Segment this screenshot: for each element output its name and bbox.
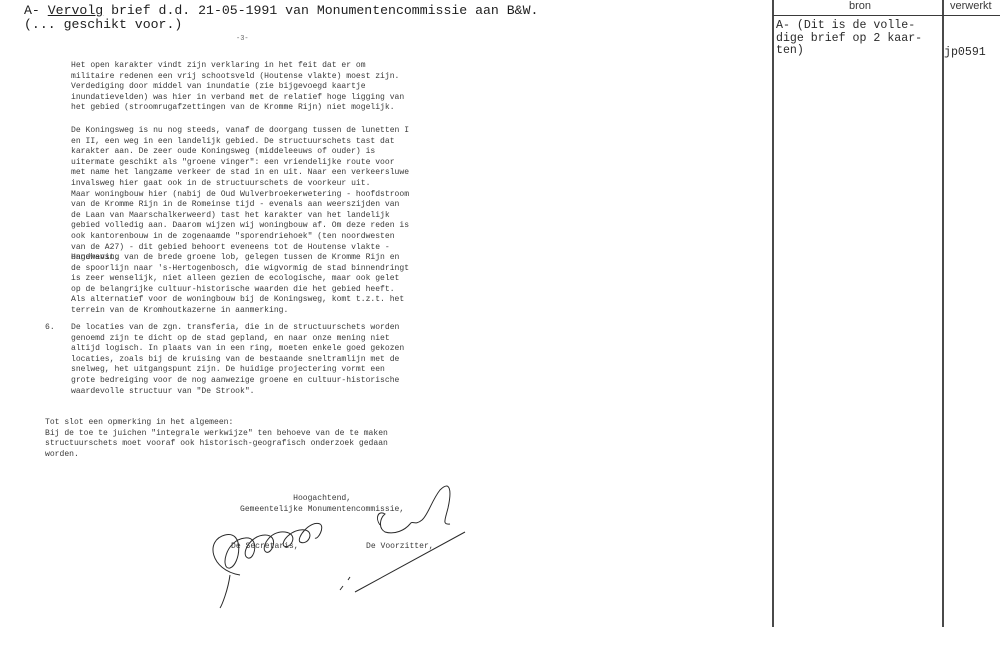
paragraph-koningsweg: De Koningsweg is nu nog steeds, vanaf de… <box>71 126 409 264</box>
table-border-middle <box>942 0 944 627</box>
title-underlined-word: Vervolg <box>48 3 103 18</box>
paragraph-transferia: De locaties van de zgn. transferia, die … <box>71 323 404 397</box>
paragraph-open-karakter: Het open karakter vindt zijn verklaring … <box>71 61 404 114</box>
page-number: -3- <box>236 35 249 43</box>
title-line2: (... geschikt voor.) <box>24 17 182 32</box>
signature-voorzitter <box>340 486 465 592</box>
column-header-verwerkt: verwerkt <box>950 0 992 12</box>
table-header-divider <box>773 15 1000 16</box>
item-number-6: 6. <box>45 323 55 332</box>
table-cell-bron: A- (Dit is de volle- dige brief op 2 kaa… <box>776 20 922 58</box>
title-line1: brief d.d. 21-05-1991 van Monumentencomm… <box>103 3 538 18</box>
handwritten-signatures <box>200 480 480 610</box>
table-cell-verwerkt: jp0591 <box>944 46 986 59</box>
table-border-left <box>772 0 774 627</box>
column-header-bron: bron <box>849 0 871 12</box>
title-prefix: A- <box>24 3 48 18</box>
document-title: A- Vervolg brief d.d. 21-05-1991 van Mon… <box>24 4 538 32</box>
paragraph-groene-lob: Handhaving van de brede groene lob, gele… <box>71 253 409 317</box>
signature-secretaris <box>213 523 322 608</box>
paragraph-tot-slot: Tot slot een opmerking in het algemeen: … <box>45 418 388 460</box>
